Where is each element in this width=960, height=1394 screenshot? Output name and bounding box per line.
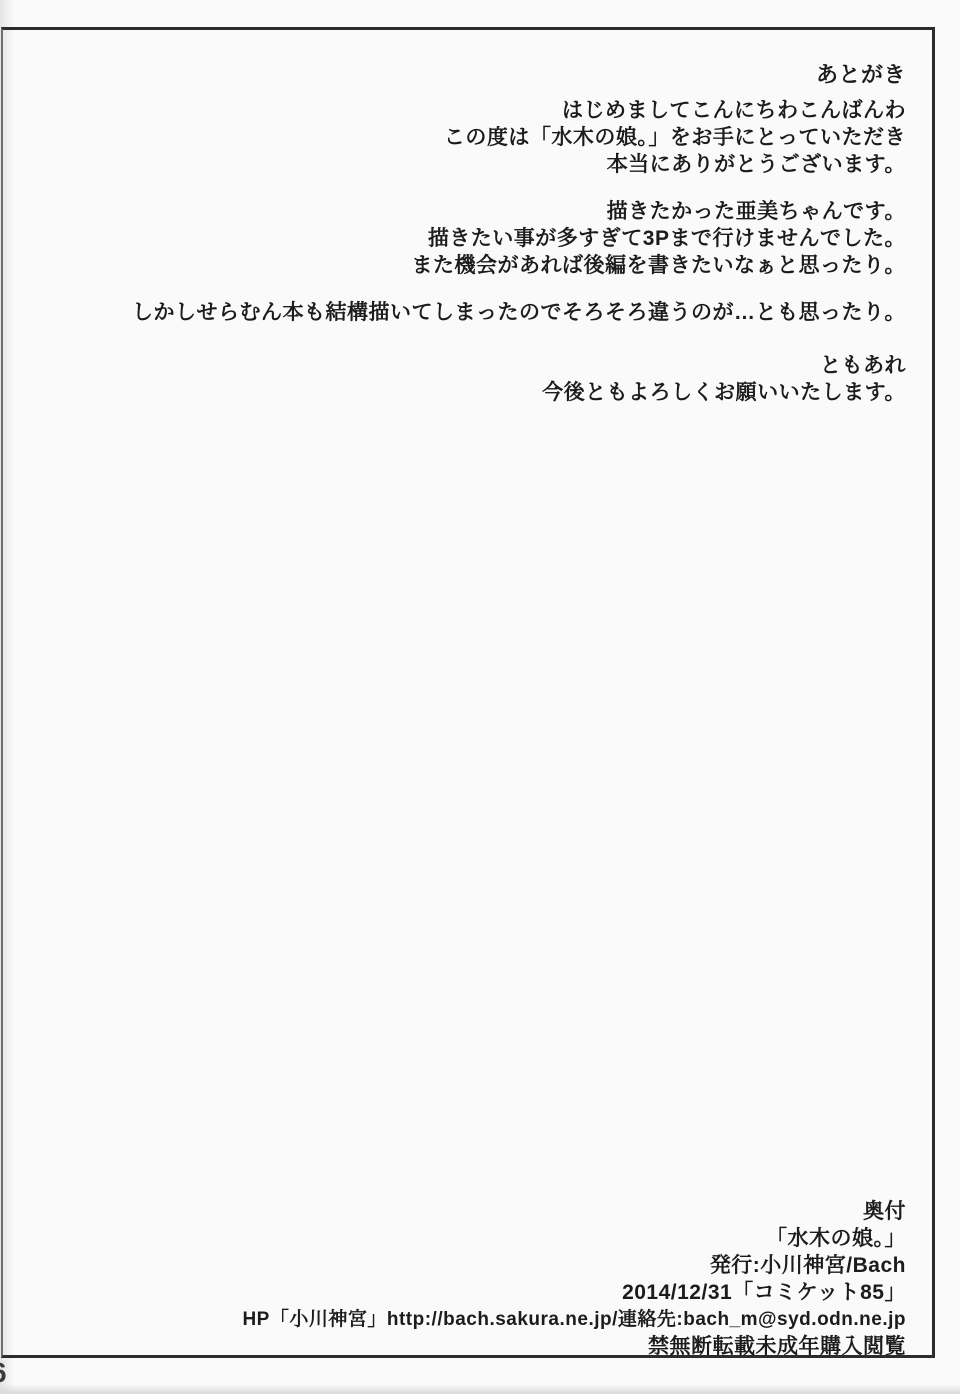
afterword-line: ともあれ	[542, 352, 906, 379]
scanned-afterword-page: あとがき はじめましてこんにちわこんばんわ この度は「水木の娘。」をお手にとって…	[0, 0, 960, 1394]
colophon-event-date: 2014/12/31「コミケット85」	[242, 1279, 906, 1306]
afterword-line: また機会があれば後編を書きたいなぁと思ったり。	[412, 252, 907, 279]
afterword-paragraph-reflection: しかしせらむん本も結構描いてしまったのでそろそろ違うのが…とも思ったり。	[132, 299, 906, 326]
afterword-line: はじめましてこんにちわこんばんわ	[444, 97, 906, 124]
scan-edge-artifact-bottom	[0, 1384, 960, 1394]
colophon-publisher: 発行:小川神宮/Bach	[242, 1252, 906, 1279]
afterword-line: 描きたい事が多すぎて3Pまで行けませんでした。	[412, 225, 907, 252]
afterword-line: しかしせらむん本も結構描いてしまったのでそろそろ違うのが…とも思ったり。	[132, 299, 906, 326]
colophon-section: 奥付 「水木の娘。」 発行:小川神宮/Bach 2014/12/31「コミケット…	[242, 1198, 906, 1360]
afterword-line: 描きたかった亜美ちゃんです。	[412, 198, 907, 225]
afterword-paragraph-greeting: はじめましてこんにちわこんばんわ この度は「水木の娘。」をお手にとっていただき …	[444, 97, 906, 178]
colophon-contact: HP「小川神宮」http://bach.sakura.ne.jp/連絡先:bac…	[242, 1306, 906, 1333]
afterword-line: 今後ともよろしくお願いいたします。	[542, 379, 906, 406]
colophon-notice: 禁無断転載未成年購入閲覧	[242, 1333, 906, 1360]
colophon-title: 奥付	[242, 1198, 906, 1225]
colophon-book-title: 「水木の娘。」	[242, 1225, 906, 1252]
afterword-paragraph-ami: 描きたかった亜美ちゃんです。 描きたい事が多すぎて3Pまで行けませんでした。 ま…	[412, 198, 907, 279]
afterword-line: この度は「水木の娘。」をお手にとっていただき	[444, 124, 906, 151]
afterword-title: あとがき	[816, 61, 906, 88]
afterword-paragraph-closing: ともあれ 今後ともよろしくお願いいたします。	[542, 352, 906, 406]
page-number: 6	[0, 1357, 7, 1389]
afterword-line: 本当にありがとうございます。	[444, 151, 906, 178]
